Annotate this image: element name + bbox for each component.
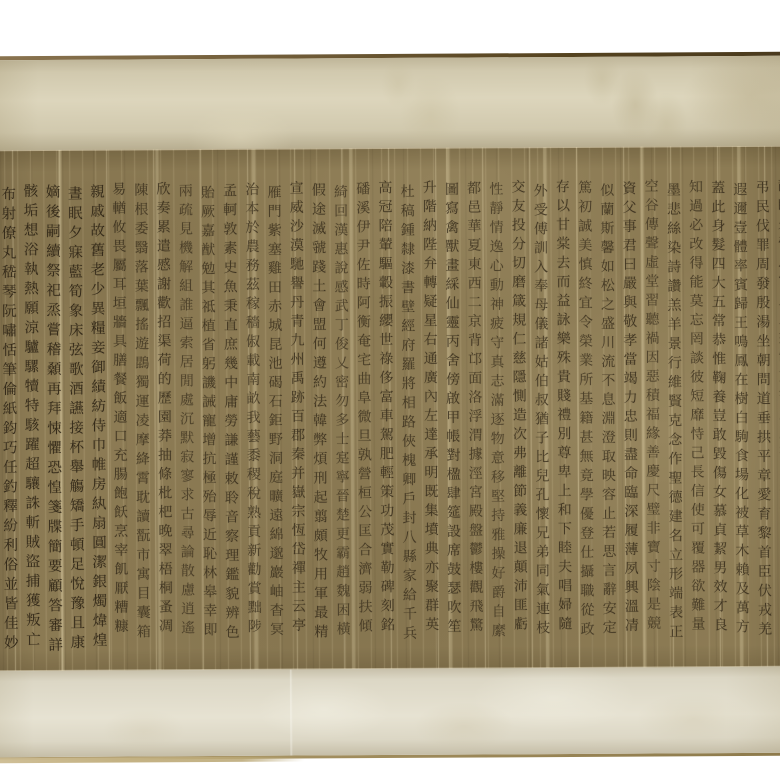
scroll-photograph: 龍師火帝鳥官人皇始制文字乃服衣裳推位讓國有虞陶唐 弔民伐罪周發殷湯坐朝問道垂拱平… (0, 0, 780, 780)
text-column: 治本於農務茲稼穡俶載南畝我藝黍稷稅熟貢新勸賞黜陟 (244, 181, 261, 656)
text-column: 宣威沙漠馳譽丹青九州禹跡百郡秦并嶽宗恆岱禪主云亭 (289, 180, 306, 655)
text-column: 知過必改得能莫忘罔談彼短靡恃己長信使可覆器欲難量 (688, 178, 705, 653)
text-column: 貽厥嘉猷勉其祗植省躬譏誡寵增抗極殆辱近恥林皋幸即 (200, 181, 217, 656)
mounting-silk-bottom (0, 667, 780, 758)
text-column: 升階納陛弁轉疑星右通廣內左達承明既集墳典亦聚群英 (422, 180, 439, 655)
text-column: 雁門紫塞雞田赤城昆池碣石鉅野洞庭曠遠綿邈巖岫杳冥 (266, 181, 283, 656)
text-column: 篤初誠美慎終宜令榮業所基籍甚無竟學優登仕攝職從政 (577, 179, 594, 654)
text-column: 空谷傳聲虛堂習聽禍因惡積福緣善慶尺璧非寶寸陰是競 (644, 178, 661, 653)
text-column: 磻溪伊尹佐時阿衡奄宅曲阜微旦孰營桓公匡合濟弱扶傾 (355, 180, 372, 655)
text-column: 易輶攸畏屬耳垣牆具膳餐飯適口充腸飽飫烹宰飢厭糟糠 (111, 182, 128, 657)
calligraphy-columns: 龍師火帝鳥官人皇始制文字乃服衣裳推位讓國有虞陶唐 弔民伐罪周發殷湯坐朝問道垂拱平… (0, 178, 780, 657)
text-column: 綺回漢惠說感武丁俊乂密勿多士寔寧晉楚更霸趙魏困橫 (333, 180, 350, 655)
calligraphy-panel: 龍師火帝鳥官人皇始制文字乃服衣裳推位讓國有虞陶唐 弔民伐罪周發殷湯坐朝問道垂拱平… (0, 146, 780, 672)
text-column: 杜稿鍾隸漆書壁經府羅將相路俠槐卿戶封八縣家給千兵 (400, 180, 417, 655)
text-column: 資父事君曰嚴與敬孝當竭力忠則盡命臨深履薄夙興溫凊 (621, 179, 638, 654)
text-column: 都邑華夏東西二京背邙面洛浮渭據涇宮殿盤鬱樓觀飛驚 (466, 179, 483, 654)
text-column: 墨悲絲染詩讚羔羊景行維賢克念作聖德建名立形端表正 (666, 178, 683, 653)
text-column: 蓋此身髮四大五常恭惟鞠養豈敢毀傷女慕貞絜男效才良 (710, 178, 727, 653)
text-column: 欣奏累遣慼謝歡招渠荷的歷園莽抽條枇杷晚翠梧桐蚤凋 (155, 181, 172, 656)
text-column: 親戚故舊老少異糧妾御績紡侍巾帷房紈扇圓潔銀燭煒煌 (89, 182, 106, 657)
text-column: 嫡後嗣續祭祀烝嘗稽顙再拜悚懼恐惶箋牒簡要顧答審詳 (45, 182, 62, 657)
mounting-silk-top (0, 56, 780, 151)
text-column: 交友投分切磨箴規仁慈隱惻造次弗離節義廉退顛沛匪虧 (510, 179, 527, 654)
text-column: 晝眠夕寐藍筍象床弦歌酒讌接杯舉觴矯手頓足悅豫且康 (67, 182, 84, 657)
text-column: 似蘭斯馨如松之盛川流不息淵澄取映容止若思言辭安定 (599, 179, 616, 654)
text-column: 存以甘棠去而益詠樂殊貴賤禮別尊卑上和下睦夫唱婦隨 (555, 179, 572, 654)
text-column: 兩疏見機解組誰逼索居閒處沉默寂寥求古尋論散慮逍遙 (178, 181, 195, 656)
text-column: 圖寫禽獸畫綵仙靈丙舍傍啟甲帳對楹肆筵設席鼓瑟吹笙 (444, 180, 461, 655)
text-column: 性靜情逸心動神疲守真志滿逐物意移堅持雅操好爵自縻 (488, 179, 505, 654)
text-column: 孟軻敦素史魚秉直庶幾中庸勞謙謹敕聆音察理鑑貌辨色 (222, 181, 239, 656)
text-column: 布射僚丸嵇琴阮嘯恬筆倫紙鈞巧任釣釋紛利俗並皆佳妙 (0, 182, 17, 657)
text-column: 陳根委翳落葉飄搖遊鵾獨運凌摩絳霄耽讀翫市寓目囊箱 (133, 181, 150, 656)
text-column: 高冠陪輦驅轂振纓世祿侈富車駕肥輕策功茂實勒碑刻銘 (377, 180, 394, 655)
handscroll: 龍師火帝鳥官人皇始制文字乃服衣裳推位讓國有虞陶唐 弔民伐罪周發殷湯坐朝問道垂拱平… (0, 52, 780, 759)
text-column: 弔民伐罪周發殷湯坐朝問道垂拱平章愛育黎首臣伏戎羌 (755, 178, 772, 653)
text-column: 假途滅虢踐土會盟何遵約法韓弊煩刑起翦頗牧用軍最精 (311, 180, 328, 655)
text-column: 骸垢想浴執熱願涼驢騾犢特駭躍超驤誅斬賊盜捕獲叛亡 (22, 182, 39, 657)
text-column: 遐邇壹體率賓歸王鳴鳳在樹白駒食場化被草木賴及萬方 (732, 178, 749, 653)
text-column: 外受傅訓入奉母儀諸姑伯叔猶子比兒孔懷兄弟同氣連枝 (533, 179, 550, 654)
scroll-backing-lip (0, 757, 304, 764)
